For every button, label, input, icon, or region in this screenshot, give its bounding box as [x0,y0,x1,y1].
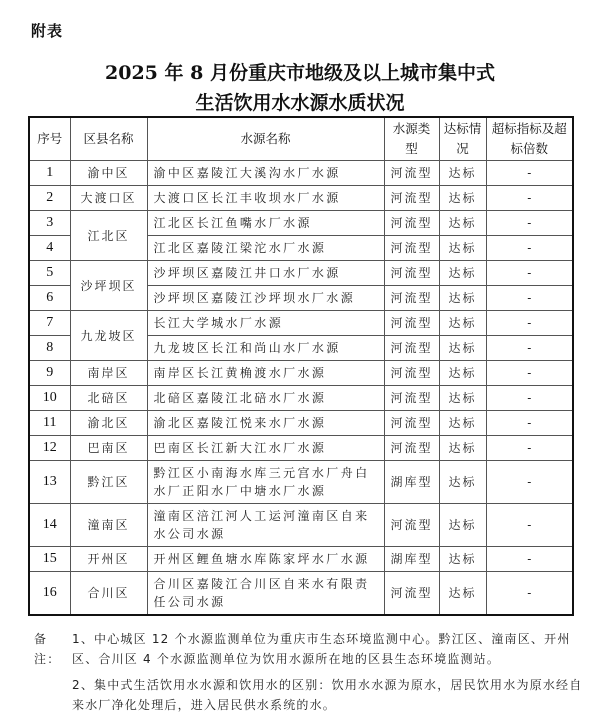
cell-type: 河流型 [384,161,439,186]
cell-district: 沙坪坝区 [70,261,147,311]
table-row: 13 黔江区 黔江区小南海水库三元宫水厂舟白水厂正阳水厂中塘水厂水源 湖库型 达… [29,461,573,504]
cell-exceed: - [486,236,573,261]
cell-index: 10 [29,386,70,411]
cell-type: 河流型 [384,336,439,361]
cell-type: 河流型 [384,186,439,211]
cell-exceed: - [486,311,573,336]
note-1: 备注： 1、中心城区 12 个水源监测单位为重庆市生态环境监测中心。黔江区、潼南… [34,629,584,669]
cell-source: 北碚区嘉陵江北碚水厂水源 [147,386,384,411]
cell-district: 潼南区 [70,504,147,547]
header-type: 水源类型 [384,117,439,161]
cell-index: 15 [29,547,70,572]
cell-source: 九龙坡区长江和尚山水厂水源 [147,336,384,361]
header-exceed: 超标指标及超标倍数 [486,117,573,161]
cell-status: 达标 [439,572,486,616]
table-row: 7 九龙坡区 长江大学城水厂水源 河流型 达标 - [29,311,573,336]
cell-district: 开州区 [70,547,147,572]
cell-index: 8 [29,336,70,361]
cell-index: 4 [29,236,70,261]
cell-exceed: - [486,436,573,461]
cell-exceed: - [486,336,573,361]
table-row: 10 北碚区 北碚区嘉陵江北碚水厂水源 河流型 达标 - [29,386,573,411]
cell-exceed: - [486,386,573,411]
table-row: 1 渝中区 渝中区嘉陵江大溪沟水厂水源 河流型 达标 - [29,161,573,186]
cell-index: 11 [29,411,70,436]
cell-type: 河流型 [384,436,439,461]
cell-index: 1 [29,161,70,186]
notes-section: 备注： 1、中心城区 12 个水源监测单位为重庆市生态环境监测中心。黔江区、潼南… [34,629,584,715]
page-title: 2025 年 8 月份重庆市地级及以上城市集中式 [0,58,600,85]
cell-index: 6 [29,286,70,311]
table-row: 2 大渡口区 大渡口区长江丰收坝水厂水源 河流型 达标 - [29,186,573,211]
cell-source: 沙坪坝区嘉陵江沙坪坝水厂水源 [147,286,384,311]
cell-source: 长江大学城水厂水源 [147,311,384,336]
cell-status: 达标 [439,236,486,261]
cell-type: 河流型 [384,386,439,411]
cell-index: 2 [29,186,70,211]
cell-type: 河流型 [384,361,439,386]
cell-source: 渝北区嘉陵江悦来水厂水源 [147,411,384,436]
cell-status: 达标 [439,211,486,236]
cell-type: 河流型 [384,572,439,616]
table-row: 5 沙坪坝区 沙坪坝区嘉陵江井口水厂水源 河流型 达标 - [29,261,573,286]
cell-type: 湖库型 [384,547,439,572]
cell-exceed: - [486,504,573,547]
page-subtitle: 生活饮用水水源水质状况 [0,88,600,115]
cell-status: 达标 [439,286,486,311]
cell-district: 渝北区 [70,411,147,436]
cell-district: 南岸区 [70,361,147,386]
cell-source: 合川区嘉陵江合川区自来水有限责任公司水源 [147,572,384,616]
cell-district: 黔江区 [70,461,147,504]
cell-status: 达标 [439,261,486,286]
table-row: 15 开州区 开州区鲤鱼塘水库陈家坪水厂水源 湖库型 达标 - [29,547,573,572]
cell-status: 达标 [439,461,486,504]
cell-index: 16 [29,572,70,616]
cell-district: 北碚区 [70,386,147,411]
cell-status: 达标 [439,186,486,211]
cell-exceed: - [486,361,573,386]
cell-source: 巴南区长江新大江水厂水源 [147,436,384,461]
cell-exceed: - [486,161,573,186]
cell-district: 九龙坡区 [70,311,147,361]
cell-district: 大渡口区 [70,186,147,211]
header-index: 序号 [29,117,70,161]
note-2: 2、集中式生活饮用水水源和饮用水的区别：饮用水水源为原水，居民饮用水为原水经自来… [34,675,584,715]
cell-type: 河流型 [384,504,439,547]
cell-exceed: - [486,572,573,616]
cell-type: 河流型 [384,236,439,261]
cell-exceed: - [486,547,573,572]
table-row: 9 南岸区 南岸区长江黄桷渡水厂水源 河流型 达标 - [29,361,573,386]
cell-index: 5 [29,261,70,286]
cell-status: 达标 [439,361,486,386]
cell-type: 河流型 [384,211,439,236]
cell-district: 巴南区 [70,436,147,461]
cell-status: 达标 [439,504,486,547]
cell-index: 14 [29,504,70,547]
cell-exceed: - [486,186,573,211]
cell-index: 9 [29,361,70,386]
cell-type: 河流型 [384,286,439,311]
cell-index: 13 [29,461,70,504]
cell-source: 潼南区涪江河人工运河潼南区自来水公司水源 [147,504,384,547]
cell-exceed: - [486,211,573,236]
cell-district: 江北区 [70,211,147,261]
table-row: 11 渝北区 渝北区嘉陵江悦来水厂水源 河流型 达标 - [29,411,573,436]
notes-prefix: 备注： [34,629,72,669]
cell-type: 河流型 [384,261,439,286]
cell-source: 大渡口区长江丰收坝水厂水源 [147,186,384,211]
cell-type: 湖库型 [384,461,439,504]
cell-type: 河流型 [384,411,439,436]
cell-source: 黔江区小南海水库三元宫水厂舟白水厂正阳水厂中塘水厂水源 [147,461,384,504]
cell-status: 达标 [439,311,486,336]
table-row: 12 巴南区 巴南区长江新大江水厂水源 河流型 达标 - [29,436,573,461]
note-2-text: 2、集中式生活饮用水水源和饮用水的区别：饮用水水源为原水，居民饮用水为原水经自来… [72,675,584,715]
cell-index: 3 [29,211,70,236]
table-row: 3 江北区 江北区长江鱼嘴水厂水源 河流型 达标 - [29,211,573,236]
cell-exceed: - [486,286,573,311]
cell-index: 12 [29,436,70,461]
cell-source: 沙坪坝区嘉陵江井口水厂水源 [147,261,384,286]
cell-source: 南岸区长江黄桷渡水厂水源 [147,361,384,386]
cell-status: 达标 [439,336,486,361]
cell-district: 合川区 [70,572,147,616]
cell-type: 河流型 [384,311,439,336]
cell-source: 开州区鲤鱼塘水库陈家坪水厂水源 [147,547,384,572]
header-district: 区县名称 [70,117,147,161]
cell-status: 达标 [439,547,486,572]
cell-index: 7 [29,311,70,336]
water-quality-table: 序号 区县名称 水源名称 水源类型 达标情况 超标指标及超标倍数 1 渝中区 渝… [28,116,574,616]
cell-source: 渝中区嘉陵江大溪沟水厂水源 [147,161,384,186]
cell-source: 江北区嘉陵江梁沱水厂水源 [147,236,384,261]
cell-source: 江北区长江鱼嘴水厂水源 [147,211,384,236]
cell-exceed: - [486,261,573,286]
cell-status: 达标 [439,436,486,461]
note-1-text: 1、中心城区 12 个水源监测单位为重庆市生态环境监测中心。黔江区、潼南区、开州… [72,629,584,669]
table-row: 16 合川区 合川区嘉陵江合川区自来水有限责任公司水源 河流型 达标 - [29,572,573,616]
cell-status: 达标 [439,161,486,186]
header-source: 水源名称 [147,117,384,161]
cell-district: 渝中区 [70,161,147,186]
appendix-label: 附表 [31,20,63,41]
table-header-row: 序号 区县名称 水源名称 水源类型 达标情况 超标指标及超标倍数 [29,117,573,161]
cell-status: 达标 [439,411,486,436]
cell-exceed: - [486,411,573,436]
table-row: 14 潼南区 潼南区涪江河人工运河潼南区自来水公司水源 河流型 达标 - [29,504,573,547]
cell-exceed: - [486,461,573,504]
cell-status: 达标 [439,386,486,411]
header-status: 达标情况 [439,117,486,161]
